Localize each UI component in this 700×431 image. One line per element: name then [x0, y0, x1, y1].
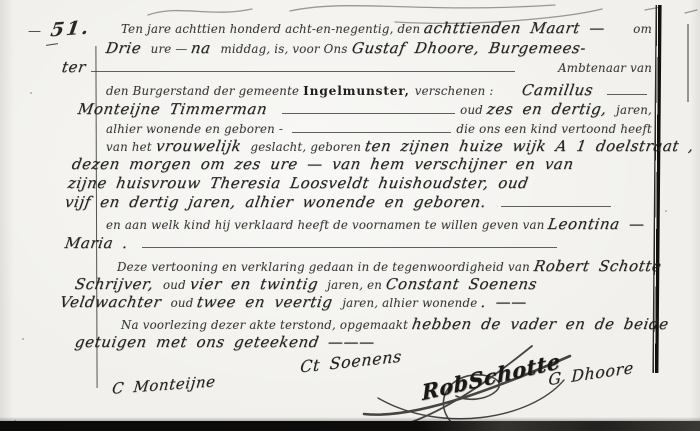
text-segment: Ingelmunster, [303, 83, 415, 100]
text-segment: Monteijne Timmerman [77, 101, 278, 118]
scan-edge-bar [0, 421, 700, 431]
text-segment: zes en dertig, [486, 101, 618, 118]
act-line: dezen morgen om zes ure — van hem versch… [72, 156, 652, 173]
text-segment: middag, is, voor Ons [221, 41, 352, 58]
text-segment: Na voorlezing dezer akte terstond, opgem… [121, 317, 412, 334]
scan-speckle [665, 210, 667, 212]
text-segment: Camillus [520, 82, 603, 99]
act-line: alhier wonende en geboren - die ons een … [106, 120, 652, 138]
act-line: Na voorlezing dezer akte terstond, opgem… [121, 316, 652, 334]
text-segment: oud [460, 102, 487, 119]
text-segment: Ten jare achttien honderd acht-en-negent… [121, 21, 424, 38]
text-segment: en aan welk kind hij verklaard heeft de … [106, 217, 548, 234]
text-segment: jaren, [616, 102, 652, 119]
scan-speckle [22, 338, 24, 340]
scanned-birth-act-page: — 51. Ten jare achttien honderd acht-en-… [0, 0, 700, 431]
text-segment: Maria . [64, 235, 139, 252]
text-segment: Ambtenaar van [558, 60, 652, 77]
text-segment: zijne huisvrouw Theresia Loosveldt huish… [67, 175, 530, 192]
text-segment: oud [171, 295, 198, 312]
act-line: Monteijne Timmerman oud zes en dertig, j… [78, 101, 652, 119]
text-segment: Schrijver, [74, 276, 165, 293]
text-segment: twee en veertig [196, 294, 344, 311]
act-line: en aan welk kind hij verklaard heeft de … [106, 216, 652, 234]
text-segment: Robert Schotte [532, 258, 662, 275]
text-segment: den Burgerstand der gemeente [106, 83, 303, 100]
text-segment: vier en twintig [188, 276, 328, 293]
fill-rule [142, 235, 557, 248]
text-segment: ten zijnen huize wijk A 1 doelstraat , [364, 138, 696, 155]
spacer [520, 71, 558, 72]
fill-rule [91, 59, 515, 72]
spacer [498, 94, 522, 95]
text-segment: na [190, 40, 222, 57]
act-line: Veldwachter oud twee en veertig jaren, a… [60, 294, 652, 312]
text-segment: . —— [480, 294, 529, 311]
text-segment: van het [106, 139, 156, 156]
act-line: Deze vertooning en verklaring gedaan in … [117, 258, 652, 276]
fill-rule [292, 120, 451, 133]
text-segment: geslacht, geboren [250, 139, 365, 156]
act-line: vijf en dertig jaren, alhier wonende en … [65, 194, 652, 211]
scan-speckle [30, 92, 32, 94]
text-segment: alhier wonende en geboren - [106, 121, 287, 138]
act-line: Ten jare achttien honderd acht-en-negent… [121, 20, 652, 38]
act-number-dash: — [28, 24, 41, 39]
text-segment: ure — [151, 41, 192, 58]
text-segment: Drie [105, 40, 152, 57]
text-segment: achttienden Maart — [423, 20, 616, 37]
text-segment: Deze vertooning en verklaring gedaan in … [117, 259, 534, 276]
act-line: Schrijver, oud vier en twintig jaren, en… [75, 276, 652, 294]
act-line: van het vrouwelijk geslacht, geboren ten… [106, 138, 652, 156]
act-number: — 51. [28, 18, 90, 40]
text-segment: ter [61, 59, 88, 76]
text-segment: Veldwachter [59, 294, 172, 311]
text-segment: Constant Soenens [385, 276, 539, 293]
text-segment: vijf en dertig jaren, alhier wonende en … [64, 194, 497, 211]
act-line: terAmbtenaar van [62, 59, 652, 77]
text-segment: jaren, en [327, 277, 386, 294]
act-number-value: 51. [49, 17, 92, 42]
signature-c-monteijne: C Monteijne [111, 372, 216, 397]
fill-rule [607, 82, 647, 95]
spacer [615, 32, 634, 33]
act-number-underline [46, 43, 58, 46]
text-segment: Gustaf Dhoore, Burgemees- [350, 40, 587, 57]
page-edge-mark [687, 24, 689, 102]
text-segment: hebben de vader en de beide [411, 316, 670, 333]
text-segment: dezen morgen om zes ure — van hem versch… [71, 156, 575, 173]
text-segment: jaren, alhier wonende [342, 295, 481, 312]
act-line: zijne huisvrouw Theresia Loosveldt huish… [68, 175, 652, 192]
text-segment: oud [163, 277, 190, 294]
text-segment: Leontina — [547, 216, 646, 233]
act-line: Drie ure — na middag, is, voor Ons Gusta… [106, 40, 652, 58]
act-line: den Burgerstand der gemeente Ingelmunste… [106, 82, 652, 100]
scan-speckle [86, 300, 88, 302]
text-segment: getuigen met ons geteekend [74, 334, 330, 351]
fill-rule [501, 194, 611, 207]
fill-rule [282, 101, 456, 114]
text-segment: die ons een kind vertoond heeft [456, 121, 652, 138]
text-segment: verschenen : [415, 83, 498, 100]
text-segment: vrouwelijk [154, 138, 251, 155]
text-segment: om [633, 21, 652, 38]
act-line: Maria . [65, 235, 652, 252]
